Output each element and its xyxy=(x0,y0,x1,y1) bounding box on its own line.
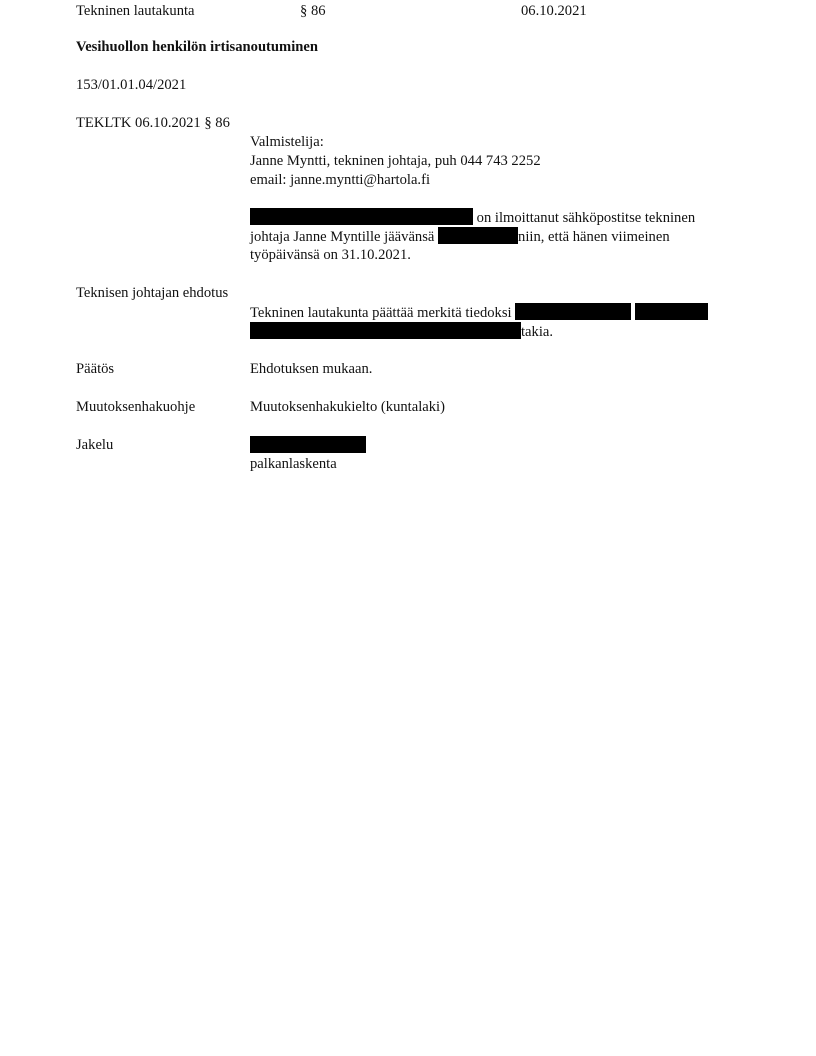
description-line-2: johtaja Janne Myntille jäävänsä niin, et… xyxy=(250,227,695,246)
distribution-recipient-redacted xyxy=(250,436,366,455)
distribution-recipient: palkanlaskenta xyxy=(250,455,366,474)
proposal-label: Teknisen johtajan ehdotus xyxy=(76,284,228,303)
description-paragraph: on ilmoittanut sähköpostitse tekninen jo… xyxy=(250,208,695,265)
header-body-name: Tekninen lautakunta xyxy=(76,2,195,21)
header-date: 06.10.2021 xyxy=(521,2,587,21)
appeal-value: Muutoksenhakukielto (kuntalaki) xyxy=(250,398,445,417)
decision-value: Ehdotuksen mukaan. xyxy=(250,360,372,379)
description-line-3: työpäivänsä on 31.10.2021. xyxy=(250,246,695,265)
distribution-list: palkanlaskenta xyxy=(250,436,366,474)
redaction-block xyxy=(250,436,366,453)
proposal-line-1: Tekninen lautakunta päättää merkitä tied… xyxy=(250,303,708,322)
appeal-label: Muutoksenhakuohje xyxy=(76,398,195,417)
meeting-reference: TEKLTK 06.10.2021 § 86 xyxy=(76,114,230,133)
preparer-block: Valmistelija: Janne Myntti, tekninen joh… xyxy=(250,133,541,190)
redaction-block xyxy=(515,303,631,320)
preparer-email: email: janne.myntti@hartola.fi xyxy=(250,171,541,190)
decision-label: Päätös xyxy=(76,360,114,379)
distribution-label: Jakelu xyxy=(76,436,113,455)
preparer-label: Valmistelija: xyxy=(250,133,541,152)
proposal-text: Tekninen lautakunta päättää merkitä tied… xyxy=(250,303,708,341)
proposal-line-2: takia. xyxy=(250,322,708,341)
document-title: Vesihuollon henkilön irtisanoutuminen xyxy=(76,38,318,57)
header-section: § 86 xyxy=(300,2,326,21)
preparer-name: Janne Myntti, tekninen johtaja, puh 044 … xyxy=(250,152,541,171)
redaction-block xyxy=(250,208,473,225)
redaction-block xyxy=(250,322,521,339)
description-line-1: on ilmoittanut sähköpostitse tekninen xyxy=(250,208,695,227)
record-id: 153/01.01.04/2021 xyxy=(76,76,186,95)
redaction-block xyxy=(635,303,708,320)
redaction-block xyxy=(438,227,518,244)
